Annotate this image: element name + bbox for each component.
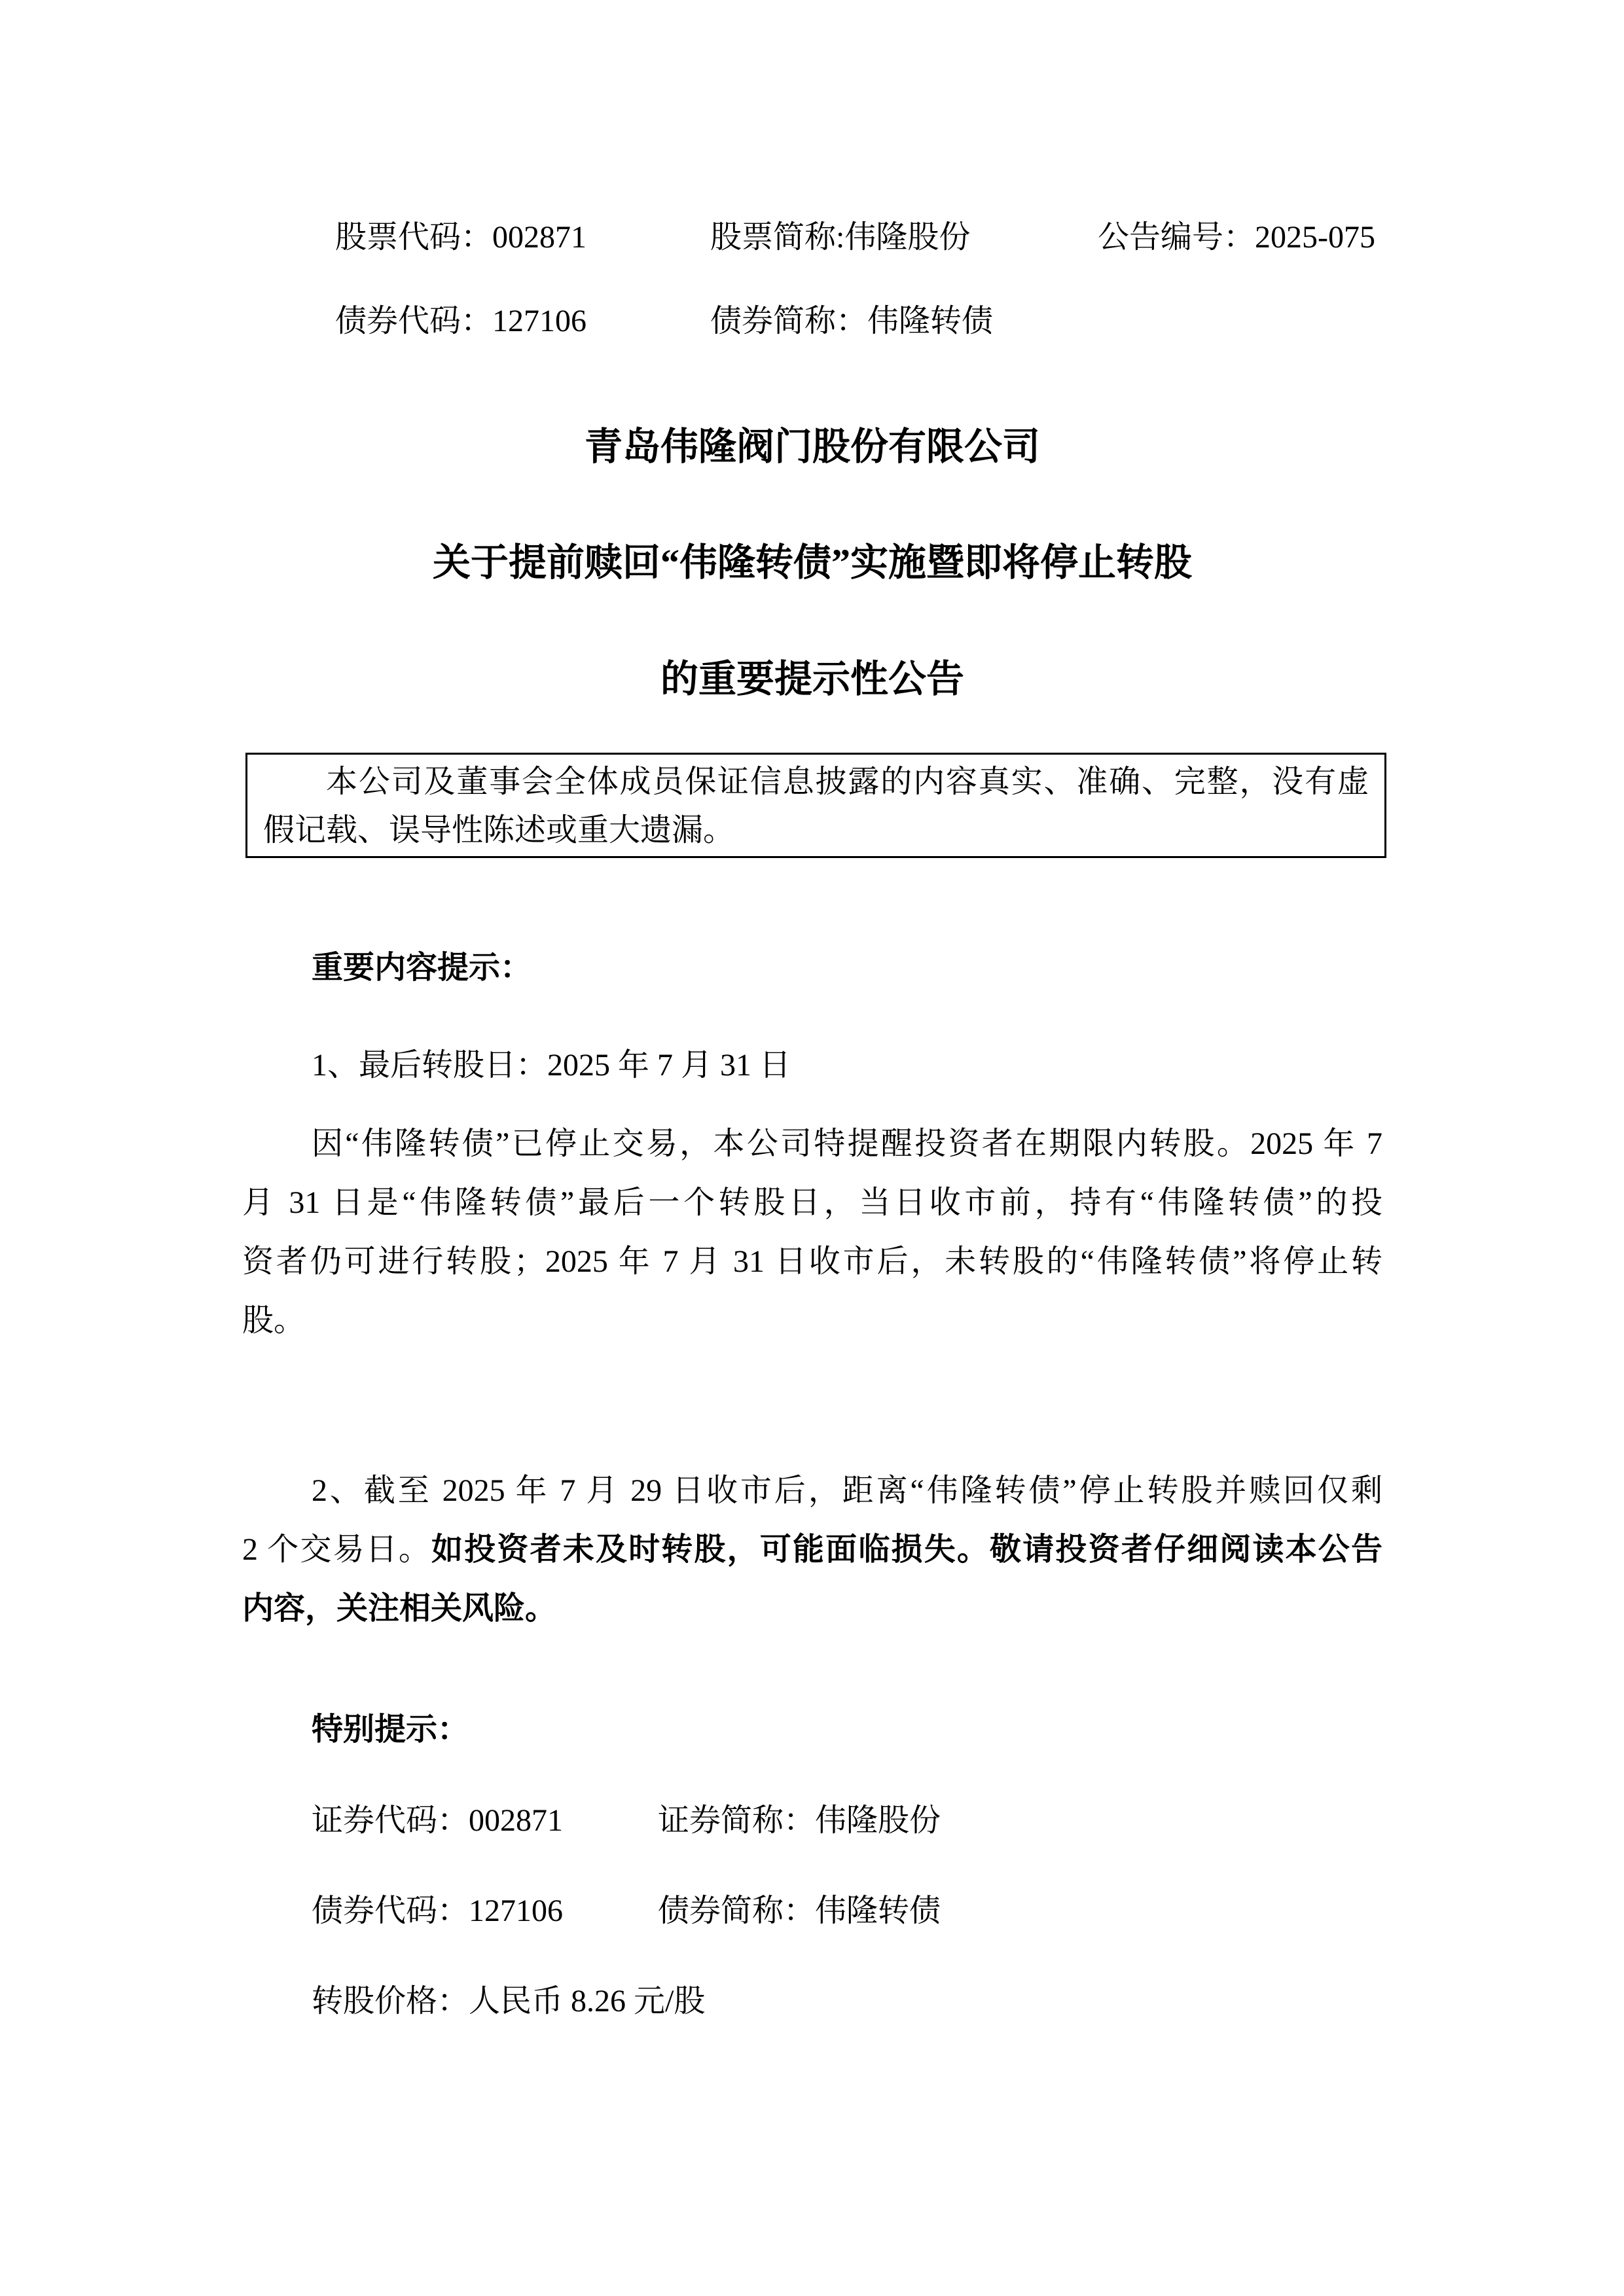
announcement-page: 股票代码：002871 股票简称:伟隆股份 公告编号：2025-075 债券代码…	[0, 0, 1624, 2296]
bold-warning-text: 内容，关注相关风险。	[242, 1591, 556, 1626]
section-heading-special: 特别提示：	[312, 1712, 469, 1748]
disclaimer-line: 假记载、误导性陈述或重大遗漏。	[263, 806, 1369, 855]
paragraph-line: 内容，关注相关风险。	[242, 1579, 1382, 1638]
company-name-title: 青岛伟隆阀门股份有限公司	[242, 424, 1382, 470]
securities-code-value: 证券代码：002871	[312, 1803, 563, 1839]
stock-code: 股票代码：002871	[335, 219, 586, 256]
securities-name-value: 证券简称：伟隆股份	[658, 1803, 941, 1839]
announcement-title: 关于提前赎回“伟隆转债”实施暨即将停止转股	[242, 540, 1382, 586]
bond-code-value: 债券代码：127106	[312, 1893, 563, 1929]
paragraph-line: 2、截至 2025 年 7 月 29 日收市后，距离“伟隆转债”停止转股并赎回仅…	[242, 1462, 1382, 1520]
bold-warning-text: 如投资者未及时转股，可能面临损失。敬请投资者仔细阅读本公告	[431, 1532, 1382, 1567]
disclaimer-line: 本公司及董事会全体成员保证信息披露的内容真实、准确、完整，没有虚	[263, 758, 1369, 806]
paragraph-line: 2 个交易日。如投资者未及时转股，可能面临损失。敬请投资者仔细阅读本公告	[242, 1520, 1382, 1579]
section-heading-important: 重要内容提示：	[312, 950, 532, 986]
paragraph-line: 月 31 日是“伟隆转债”最后一个转股日，当日收市前，持有“伟隆转债”的投	[242, 1174, 1382, 1232]
paragraph-line: 因“伟隆转债”已停止交易，本公司特提醒投资者在期限内转股。2025 年 7	[242, 1115, 1382, 1174]
bond-name-value: 债券简称：伟隆转债	[658, 1893, 941, 1929]
item-last-conversion-date: 1、最后转股日：2025 年 7 月 31 日	[312, 1047, 791, 1084]
bond-code: 债券代码：127106	[335, 303, 586, 340]
announcement-number: 公告编号：2025-075	[1098, 219, 1375, 256]
conversion-price-value: 转股价格：人民币 8.26 元/股	[312, 1983, 705, 2020]
paragraph-line: 资者仍可进行转股；2025 年 7 月 31 日收市后，未转股的“伟隆转债”将停…	[242, 1232, 1382, 1291]
regular-text: 2 个交易日。	[242, 1532, 431, 1567]
stock-short-name: 股票简称:伟隆股份	[710, 219, 970, 256]
paragraph-countdown-warning: 2、截至 2025 年 7 月 29 日收市后，距离“伟隆转债”停止转股并赎回仅…	[242, 1462, 1382, 1638]
bond-short-name: 债券简称：伟隆转债	[710, 303, 993, 340]
announcement-subtitle: 的重要提示性公告	[242, 656, 1382, 702]
paragraph-conversion-reminder: 因“伟隆转债”已停止交易，本公司特提醒投资者在期限内转股。2025 年 7 月 …	[242, 1115, 1382, 1350]
disclaimer-box: 本公司及董事会全体成员保证信息披露的内容真实、准确、完整，没有虚 假记载、误导性…	[245, 753, 1386, 858]
paragraph-line: 股。	[242, 1291, 1382, 1350]
